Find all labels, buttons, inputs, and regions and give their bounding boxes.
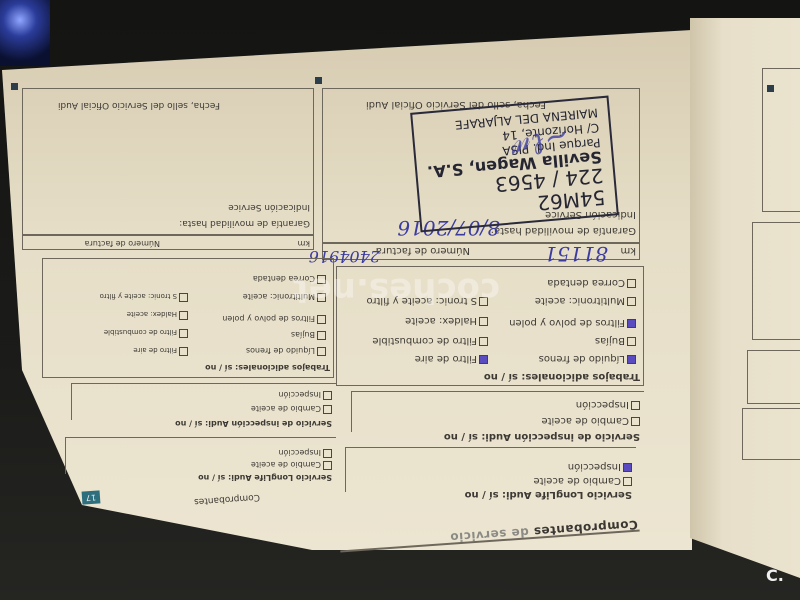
checkbox-label: Filtro de aire — [415, 353, 477, 364]
inspection-heading: Servicio de inspección Audi: sí / no — [175, 419, 332, 428]
checkbox-label: Líquido de frenos — [539, 353, 625, 364]
invoice-label: Número de factura — [85, 239, 160, 248]
checkbox-row[interactable]: Multitronic: aceite — [535, 295, 636, 306]
checkbox-row[interactable]: Filtro de aire — [415, 353, 488, 364]
checkbox-row[interactable]: Filtros de polvo y polen — [509, 317, 636, 328]
inspection-heading: Servicio de inspección Audi: sí / no — [444, 431, 640, 442]
page-number-tab: 17 — [81, 490, 100, 504]
checkbox-label: Bujías — [291, 330, 315, 339]
checkbox-label: Filtro de combustible — [104, 328, 177, 336]
checkbox-label: Líquido de frenos — [246, 346, 315, 355]
checkbox[interactable] — [317, 315, 326, 324]
longlife-box — [345, 447, 636, 492]
checkbox-row[interactable]: Correa dentada — [547, 277, 636, 288]
checkbox-row[interactable]: Filtro de combustible — [104, 328, 188, 338]
tab-text: Comprobantes — [194, 492, 261, 507]
km-value[interactable]: 81151 — [544, 242, 608, 266]
dealer-stamp: 54M62 224 / 4563 Sevilla Wagen, S.A. Par… — [410, 96, 619, 233]
checkbox-label: S tronic: aceite y filtro — [100, 292, 177, 300]
checkbox-row[interactable]: Haldex: aceite — [127, 310, 188, 320]
service-booklet: C. Comprobantes de servicio Comprobantes… — [0, 0, 800, 600]
watermark: coches.net — [292, 270, 500, 310]
checkbox[interactable] — [479, 317, 488, 326]
checkbox[interactable] — [179, 329, 188, 338]
longlife-box — [65, 437, 336, 474]
checkbox-label: Correa dentada — [547, 277, 625, 288]
rotated-form: Comprobantes de servicio Comprobantes 17… — [0, 0, 800, 600]
checkbox-label: Multitronic: aceite — [535, 295, 625, 306]
checkbox[interactable] — [627, 337, 636, 346]
checkbox-label: Haldex: aceite — [127, 310, 177, 318]
checkbox-label: Bujías — [595, 335, 625, 346]
checkbox-row[interactable]: Haldex: aceite — [405, 315, 488, 326]
checkbox-checked[interactable] — [627, 355, 636, 364]
km-label: km — [620, 245, 636, 256]
mobility-label: Garantía de movilidad hasta: — [179, 218, 310, 228]
km-label: km — [298, 239, 310, 248]
divider — [22, 235, 314, 237]
checkbox-row[interactable]: Bujías — [291, 330, 326, 340]
checkbox-row[interactable]: Líquido de frenos — [246, 346, 326, 356]
indication-label: Indicación Service — [228, 202, 310, 212]
checkbox-row[interactable]: Bujías — [595, 335, 636, 346]
checkbox-checked[interactable] — [627, 319, 636, 328]
checkbox[interactable] — [179, 293, 188, 302]
checkbox-row[interactable]: Filtro de combustible — [372, 335, 488, 346]
checkbox[interactable] — [317, 331, 326, 340]
checkbox-checked[interactable] — [479, 355, 488, 364]
checkbox-row[interactable]: S tronic: aceite y filtro — [100, 292, 188, 302]
marker-square-icon — [315, 77, 322, 84]
inspection-box — [71, 383, 336, 420]
invoice-label: Número de factura — [376, 245, 470, 256]
checkbox[interactable] — [317, 347, 326, 356]
stamp-label: Fecha, sello del Servicio Oficial Audi — [58, 100, 220, 110]
mobility-label: Garantía de movilidad hasta: — [491, 225, 636, 236]
checkbox-label: Haldex: aceite — [405, 315, 477, 326]
checkbox[interactable] — [627, 297, 636, 306]
longlife-heading: Servicio LongLife Audi: sí / no — [198, 473, 332, 482]
inspection-box — [351, 391, 644, 432]
checkbox-label: Filtros de polvo y polen — [222, 314, 315, 323]
checkbox[interactable] — [479, 337, 488, 346]
checkbox-label: Filtro de combustible — [372, 335, 477, 346]
checkbox[interactable] — [627, 279, 636, 288]
marker-square-icon — [11, 83, 18, 90]
checkbox-row[interactable]: Filtros de polvo y polen — [222, 314, 326, 324]
checkbox[interactable] — [179, 347, 188, 356]
checkbox-label: Filtro de aire — [133, 346, 177, 354]
checkbox-row[interactable]: Filtro de aire — [133, 346, 188, 356]
checkbox-row[interactable]: Líquido de frenos — [539, 353, 636, 364]
checkbox[interactable] — [179, 311, 188, 320]
checkbox-label: Filtros de polvo y polen — [509, 317, 625, 328]
